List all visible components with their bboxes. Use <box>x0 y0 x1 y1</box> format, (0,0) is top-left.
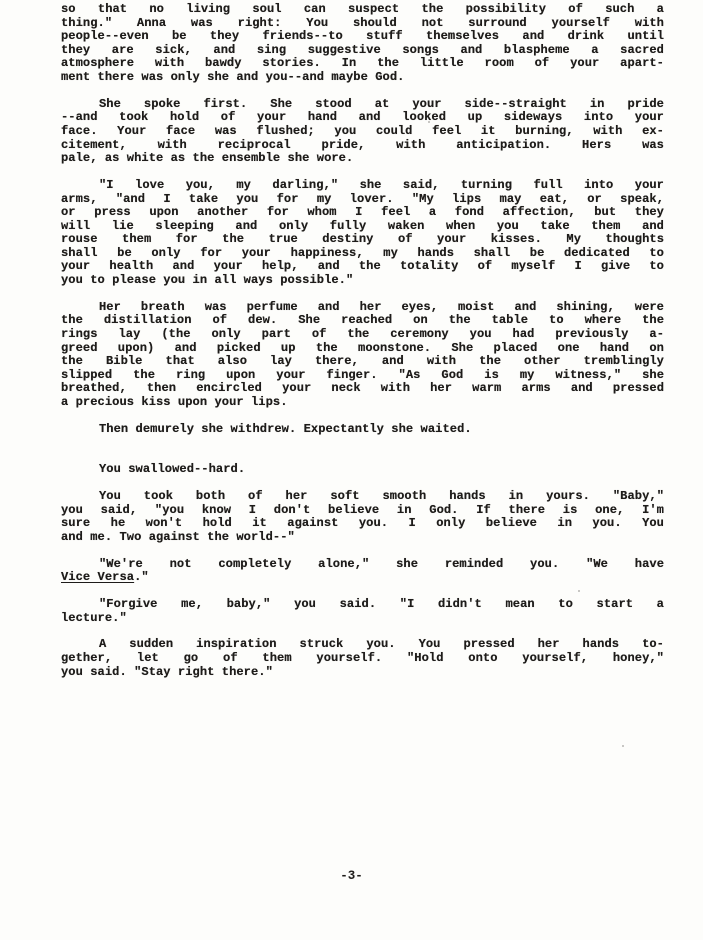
paragraph: You swallowed--hard. <box>61 463 664 477</box>
paragraph: A sudden inspiration struck you. You pre… <box>61 638 664 679</box>
paragraph: "We're not completely alone," she remind… <box>61 558 664 585</box>
text-line: atmosphere with bawdy stories. In the li… <box>61 57 664 71</box>
text-line: "We're not completely alone," she remind… <box>61 558 664 572</box>
paper-speck <box>560 496 562 498</box>
paragraph: "Forgive me, baby," you said. "I didn't … <box>61 598 664 625</box>
paper-speck <box>578 590 580 592</box>
text-line: ment there was only she and you--and may… <box>61 71 664 85</box>
text-line: face. Your face was flushed; you could f… <box>61 125 664 139</box>
text-line: You took both of her soft smooth hands i… <box>61 490 664 504</box>
text-line: pale, as white as the ensemble she wore. <box>61 152 664 166</box>
text-line: You swallowed--hard. <box>61 463 664 477</box>
text-line: your health and your help, and the total… <box>61 260 664 274</box>
document-page: so that no living soul can suspect the p… <box>0 0 703 940</box>
text-line: A sudden inspiration struck you. You pre… <box>61 638 664 652</box>
text-line: breathed, then encircled your neck with … <box>61 382 664 396</box>
text-line: and me. Two against the world--" <box>61 531 664 545</box>
text-line: rings lay (the only part of the ceremony… <box>61 328 664 342</box>
text-line: greed upon) and picked up the moonstone.… <box>61 342 664 356</box>
text-line: sure he won't hold it against you. I onl… <box>61 517 664 531</box>
underlined-title: Vice Versa <box>61 570 134 584</box>
paper-speck <box>428 121 430 123</box>
text-line: Her breath was perfume and her eyes, moi… <box>61 301 664 315</box>
paragraph: so that no living soul can suspect the p… <box>61 3 664 85</box>
text-line: arms, "and I take you for my lover. "My … <box>61 193 664 207</box>
text-line: slipped the ring upon your finger. "As G… <box>61 369 664 383</box>
text-line: Vice Versa." <box>61 571 664 585</box>
text-line: rouse them for the true destiny of your … <box>61 233 664 247</box>
text-line: the distillation of dew. She reached on … <box>61 314 664 328</box>
text-line: lecture." <box>61 612 664 626</box>
text-line: so that no living soul can suspect the p… <box>61 3 664 17</box>
text-line: people--even be they friends--to stuff t… <box>61 30 664 44</box>
text-line: you said, "you know I don't believe in G… <box>61 504 664 518</box>
paragraph: Then demurely she withdrew. Expectantly … <box>61 423 664 437</box>
paragraph: "I love you, my darling," she said, turn… <box>61 179 664 288</box>
text-line: --and took hold of your hand and looked … <box>61 111 664 125</box>
page-number: -3- <box>0 869 703 883</box>
text-line: a precious kiss upon your lips. <box>61 396 664 410</box>
text-line: "I love you, my darling," she said, turn… <box>61 179 664 193</box>
text-line: Then demurely she withdrew. Expectantly … <box>61 423 664 437</box>
text-line: you to please you in all ways possible." <box>61 274 664 288</box>
text-line: shall be only for your happiness, my han… <box>61 247 664 261</box>
text-line: will lie sleeping and only fully waken w… <box>61 220 664 234</box>
text-line: you said. "Stay right there." <box>61 666 664 680</box>
paragraph: You took both of her soft smooth hands i… <box>61 490 664 544</box>
paragraph: She spoke first. She stood at your side-… <box>61 98 664 166</box>
text-line: citement, with reciprocal pride, with an… <box>61 139 664 153</box>
paragraph: Her breath was perfume and her eyes, moi… <box>61 301 664 410</box>
text-line: or press upon another for whom I feel a … <box>61 206 664 220</box>
text-line: "Forgive me, baby," you said. "I didn't … <box>61 598 664 612</box>
text-line: the Bible that also lay there, and with … <box>61 355 664 369</box>
text-line: they are sick, and sing suggestive songs… <box>61 44 664 58</box>
text-line: She spoke first. She stood at your side-… <box>61 98 664 112</box>
text-line: thing." Anna was right: You should not s… <box>61 17 664 31</box>
paper-speck <box>622 745 624 747</box>
text-line: gether, let go of them yourself. "Hold o… <box>61 652 664 666</box>
body-text: so that no living soul can suspect the p… <box>61 3 664 692</box>
